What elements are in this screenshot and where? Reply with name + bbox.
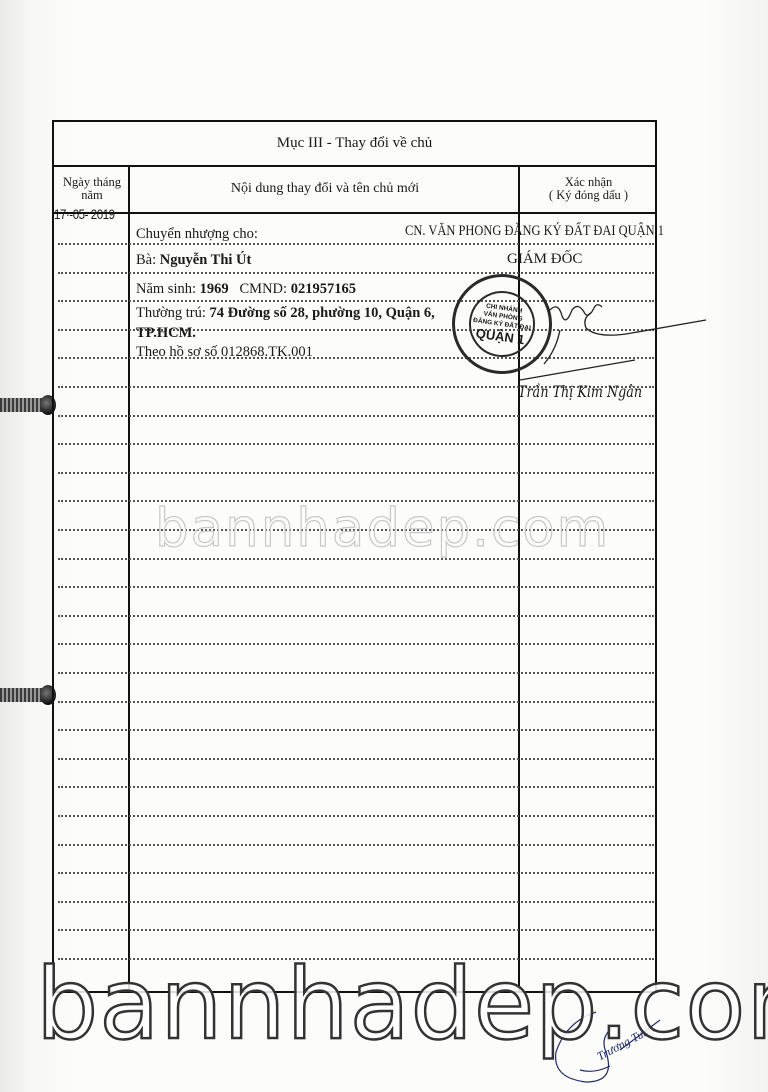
watermark-bottom: bannhadep.com (36, 948, 768, 1062)
signer-name: Trần Thị Kim Ngân (518, 383, 642, 401)
director-signature (548, 305, 706, 335)
watermark-middle: bannhadep.com (155, 498, 610, 559)
